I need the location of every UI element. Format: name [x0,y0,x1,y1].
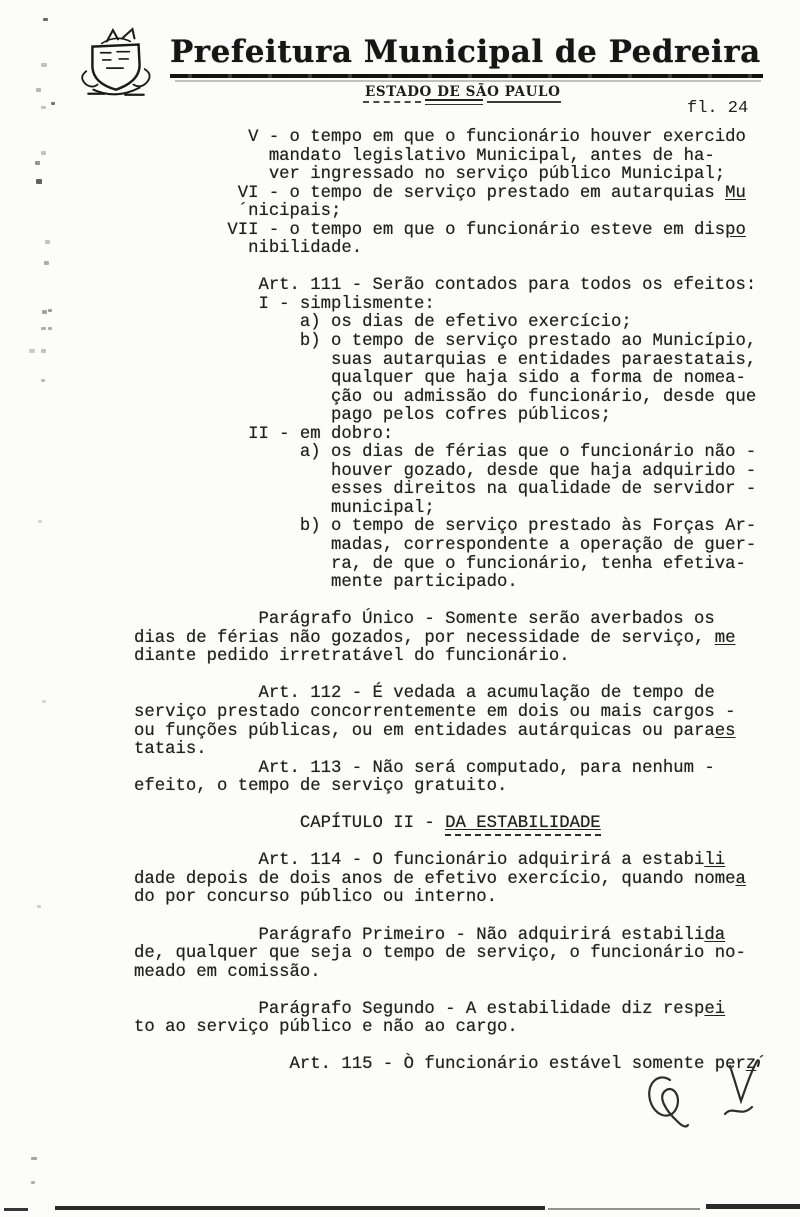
text-line: CAPÍTULO II - DA ESTABILIDADE [134,815,794,834]
text-line: ´nicipais; [134,203,794,222]
text-line [134,982,794,1001]
text-line: b) o tempo de serviço prestado às Forças… [134,518,794,537]
scan-speck [45,240,50,244]
scan-speck [35,161,40,165]
text-line: ver ingressado no serviço público Munici… [134,166,794,185]
title-divider [170,74,763,78]
text-line: Parágrafo Primeiro - Não adquirirá estab… [134,927,794,946]
handwritten-signature-mark [628,1048,798,1153]
text-line: ra, de que o funcionário, tenha efetiva- [134,556,794,575]
page-title: Prefeitura Municipal de Pedreira [170,34,761,70]
text-line: I - simplismente: [134,296,794,315]
subtitle-underline [363,101,421,103]
scan-speck [38,520,42,523]
text-line [134,593,794,612]
scan-speck [41,106,46,109]
text-line: Art. 112 - É vedada a acumulação de temp… [134,685,794,704]
text-line [134,797,794,816]
text-line: qualquer que haja sido a forma de nomea- [134,370,794,389]
scan-speck [37,905,41,908]
text-line: serviço prestado concorrentemente em doi… [134,704,794,723]
text-line: a) os dias de efetivo exercício; [134,314,794,333]
text-line: esses direitos na qualidade de servidor … [134,481,794,500]
scan-speck [29,349,35,353]
text-line: houver gozado, desde que haja adquirido … [134,463,794,482]
text-line: meado em comissão. [134,964,794,983]
text-line: VII - o tempo em que o funcionário estev… [134,222,794,241]
text-line [134,259,794,278]
scan-speck [31,1181,35,1184]
subtitle-underline [425,99,483,105]
text-line: VI - o tempo de serviço prestado em auta… [134,185,794,204]
text-line: de, qualquer que seja o tempo de serviço… [134,945,794,964]
text-line: II - em dobro: [134,426,794,445]
text-line [134,667,794,686]
text-line: Parágrafo Segundo - A estabilidade diz r… [134,1001,794,1020]
scan-speck [36,179,42,184]
scan-speck [41,151,46,155]
scan-speck [51,102,55,105]
text-line: municipal; [134,500,794,519]
scan-speck [48,309,52,312]
scan-edge-artifact [706,1204,800,1209]
subtitle-underline [487,101,561,103]
scan-speck [42,700,46,703]
text-line: dias de férias não gozados, por necessid… [134,630,794,649]
text-line: Parágrafo Único - Somente serão averbado… [134,611,794,630]
scan-speck [41,327,46,330]
text-line: dade depois de dois anos de efetivo exer… [134,871,794,890]
scanned-document-page: Prefeitura Municipal de Pedreira ESTADO … [0,0,800,1217]
scan-speck [43,18,48,21]
text-line: mente participado. [134,574,794,593]
title-divider-shadow [175,80,761,82]
text-line: Art. 113 - Não será computado, para nenh… [134,760,794,779]
scan-speck [31,1157,37,1160]
text-line: ção ou admissão do funcionário, desde qu… [134,389,794,408]
text-line: do por concurso público ou interno. [134,889,794,908]
municipal-coat-of-arms-icon [76,26,156,100]
document-body: V - o tempo em que o funcionário houver … [134,129,794,1075]
text-line: mandato legislativo Municipal, antes de … [134,148,794,167]
scan-edge-artifact [548,1208,700,1210]
text-line: Art. 114 - O funcionário adquirirá a est… [134,852,794,871]
scan-edge-artifact [55,1206,545,1210]
text-line: pago pelos cofres públicos; [134,407,794,426]
text-line: b) o tempo de serviço prestado ao Municí… [134,333,794,352]
text-line [134,834,794,853]
text-line: diante pedido irretratável do funcionári… [134,648,794,667]
text-line: Art. 111 - Serão contados para todos os … [134,277,794,296]
scan-speck [48,327,52,330]
text-line [134,908,794,927]
text-line: V - o tempo em que o funcionário houver … [134,129,794,148]
folio-number: fl. 24 [687,99,748,118]
page-subtitle: ESTADO DE SÃO PAULO [365,84,560,100]
text-line: tatais. [134,741,794,760]
scan-speck [44,261,49,265]
text-line: ou funções públicas, ou em entidades aut… [134,723,794,742]
text-line: madas, correspondente a operação de guer… [134,537,794,556]
text-line: a) os dias de férias que o funcionário n… [134,444,794,463]
text-line: nibilidade. [134,240,794,259]
scan-speck [36,88,41,92]
scan-speck [42,310,47,314]
scan-edge-artifact [4,1208,28,1211]
scan-speck [41,379,45,382]
scan-speck [41,349,46,353]
text-line: efeito, o tempo de serviço gratuito. [134,778,794,797]
text-line: suas autarquias e entidades paraestatais… [134,352,794,371]
text-line: to ao serviço público e não ao cargo. [134,1019,794,1038]
scan-speck [41,63,47,67]
